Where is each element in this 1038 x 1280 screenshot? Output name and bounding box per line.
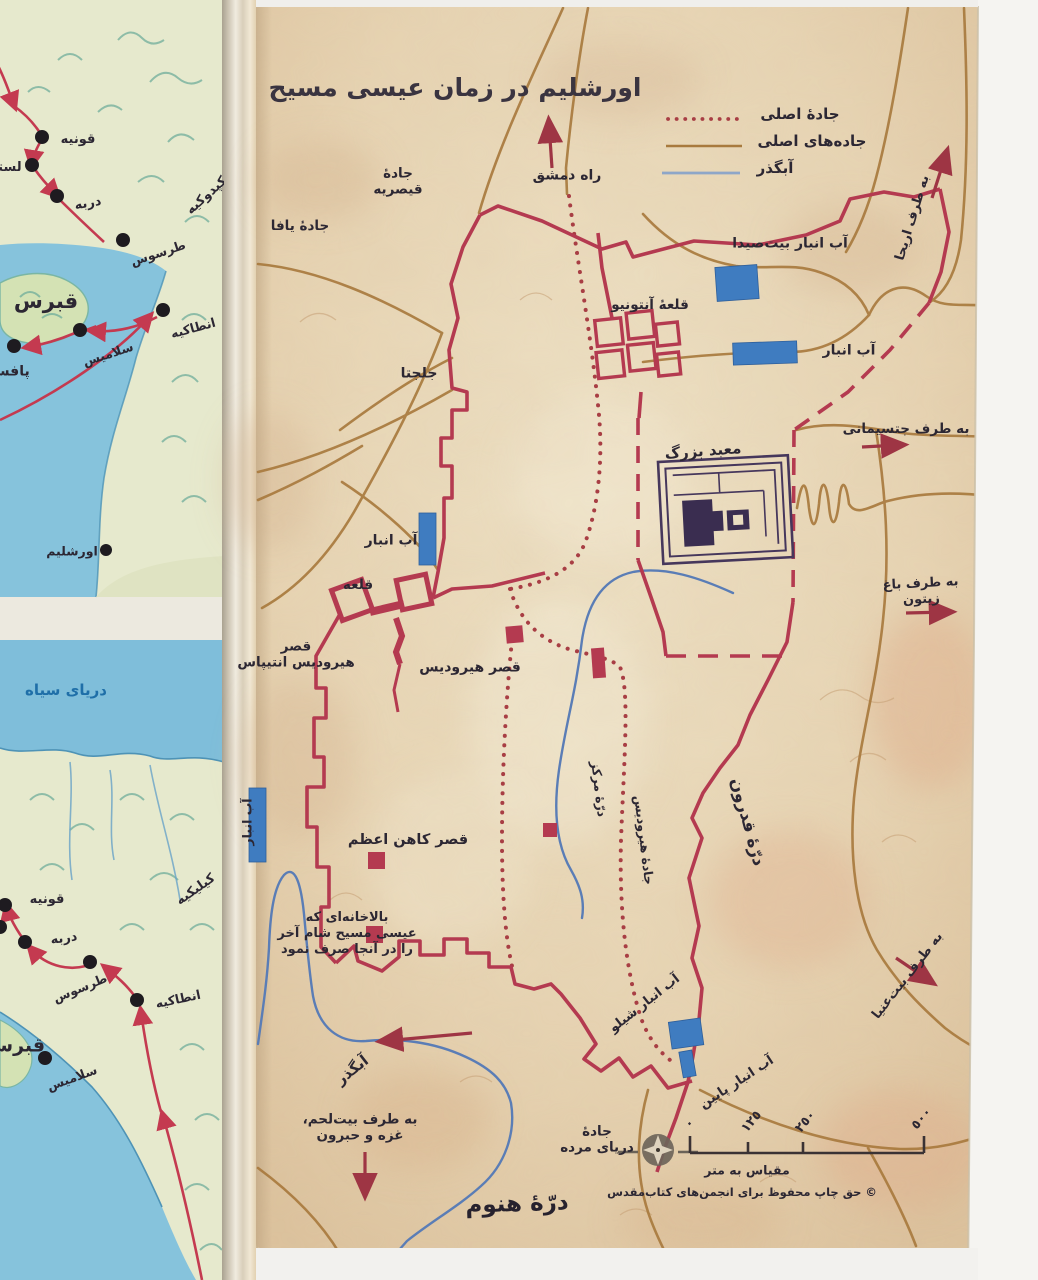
label-hinnom-valley: درّهٔ هنوم [465,1188,569,1220]
label-tarsus-bottom: طرسوس [51,970,110,1005]
photo-margin-top [256,0,978,7]
label-herod-antipas-palace: قصر هیرودیس انتیپاس [237,639,354,672]
label-konya-top: قونیه [61,132,96,148]
label-cilicia: کیلیکیه [173,871,218,909]
label-antioch-bottom: انطاکیه [154,987,202,1011]
label-gethsemane: به طرف جتسیمانی [843,421,970,437]
label-cappadocia: کپدوکیه [183,174,224,219]
label-high-priest-palace: قصر کاهن اعظم [348,832,468,850]
copyright-note: © حق چاپ محفوظ برای انجمن‌های کتاب‌مقدس [607,1185,877,1199]
label-bethesda-pool: آب انبار بیت‌صیدا [732,235,848,252]
label-derbe-top: دربه [73,194,102,214]
label-reservoir-northeast: آب انبار [823,342,876,359]
label-lystra: لستره [0,160,22,176]
legend-label-main-road: جادهٔ اصلی [760,105,839,123]
label-salamis-top: سلامیس [81,339,135,370]
photo-margin-bottom [256,1248,978,1280]
scale-unit-label: مقیاس به متر [704,1162,789,1177]
label-cyprus-bottom: قبرس [0,1034,45,1057]
label-antioch-top: انطاکیه [169,315,217,342]
legend-label-watercourse: آبگذر [757,159,794,177]
label-jaffa-road: جادهٔ یافا [271,218,329,234]
label-golgotha: جلجتا [401,365,438,382]
label-antonia-fortress: قلعهٔ آنتونیو [611,297,689,313]
label-reservoir-west: آب انبار [365,532,418,549]
label-paphos: پافس [0,363,30,380]
left-page-labels: قونیه لستره دربه طرسوس کپدوکیه قبرس انطا… [0,0,224,1280]
legend-label-main-roads: جاده‌های اصلی [758,132,867,150]
label-konya-bottom: قونیه [30,892,65,908]
label-olive-garden: به طرف باغ زیتون [862,573,980,611]
label-upper-room: بالاخانه‌ای که عیسی مسیح شام آخر را در آ… [277,910,416,958]
book-photo: اورشلیم در زمان عیسی مسیح جادهٔ اصلی جاد… [0,0,1038,1280]
label-dead-sea-road: جادهٔ دریای مرده [560,1124,634,1157]
label-herod-palace: قصر هیرودیس [419,659,521,676]
label-damascus-road: راه دمشق [533,167,602,184]
label-caesarea-road: جادهٔ قیصریه [373,166,422,199]
label-cyprus-top: قبرس [14,289,78,315]
label-derbe-bottom: دربه [50,929,79,948]
label-jerusalem-left: اورشلیم [46,543,98,558]
label-citadel: قلعه [343,577,373,593]
photo-margin-right [968,0,1038,1280]
label-reservoir-southwest: آب انبار [239,798,254,845]
label-bethlehem: به طرف بیت‌لحم، غزه و حبرون [303,1112,418,1145]
label-salamis-bottom: سلامیس [45,1062,99,1094]
label-tarsus-top: طرسوس [129,237,188,269]
map-title: اورشلیم در زمان عیسی مسیح [269,73,642,104]
label-black-sea: دریای سیاه [25,681,107,699]
